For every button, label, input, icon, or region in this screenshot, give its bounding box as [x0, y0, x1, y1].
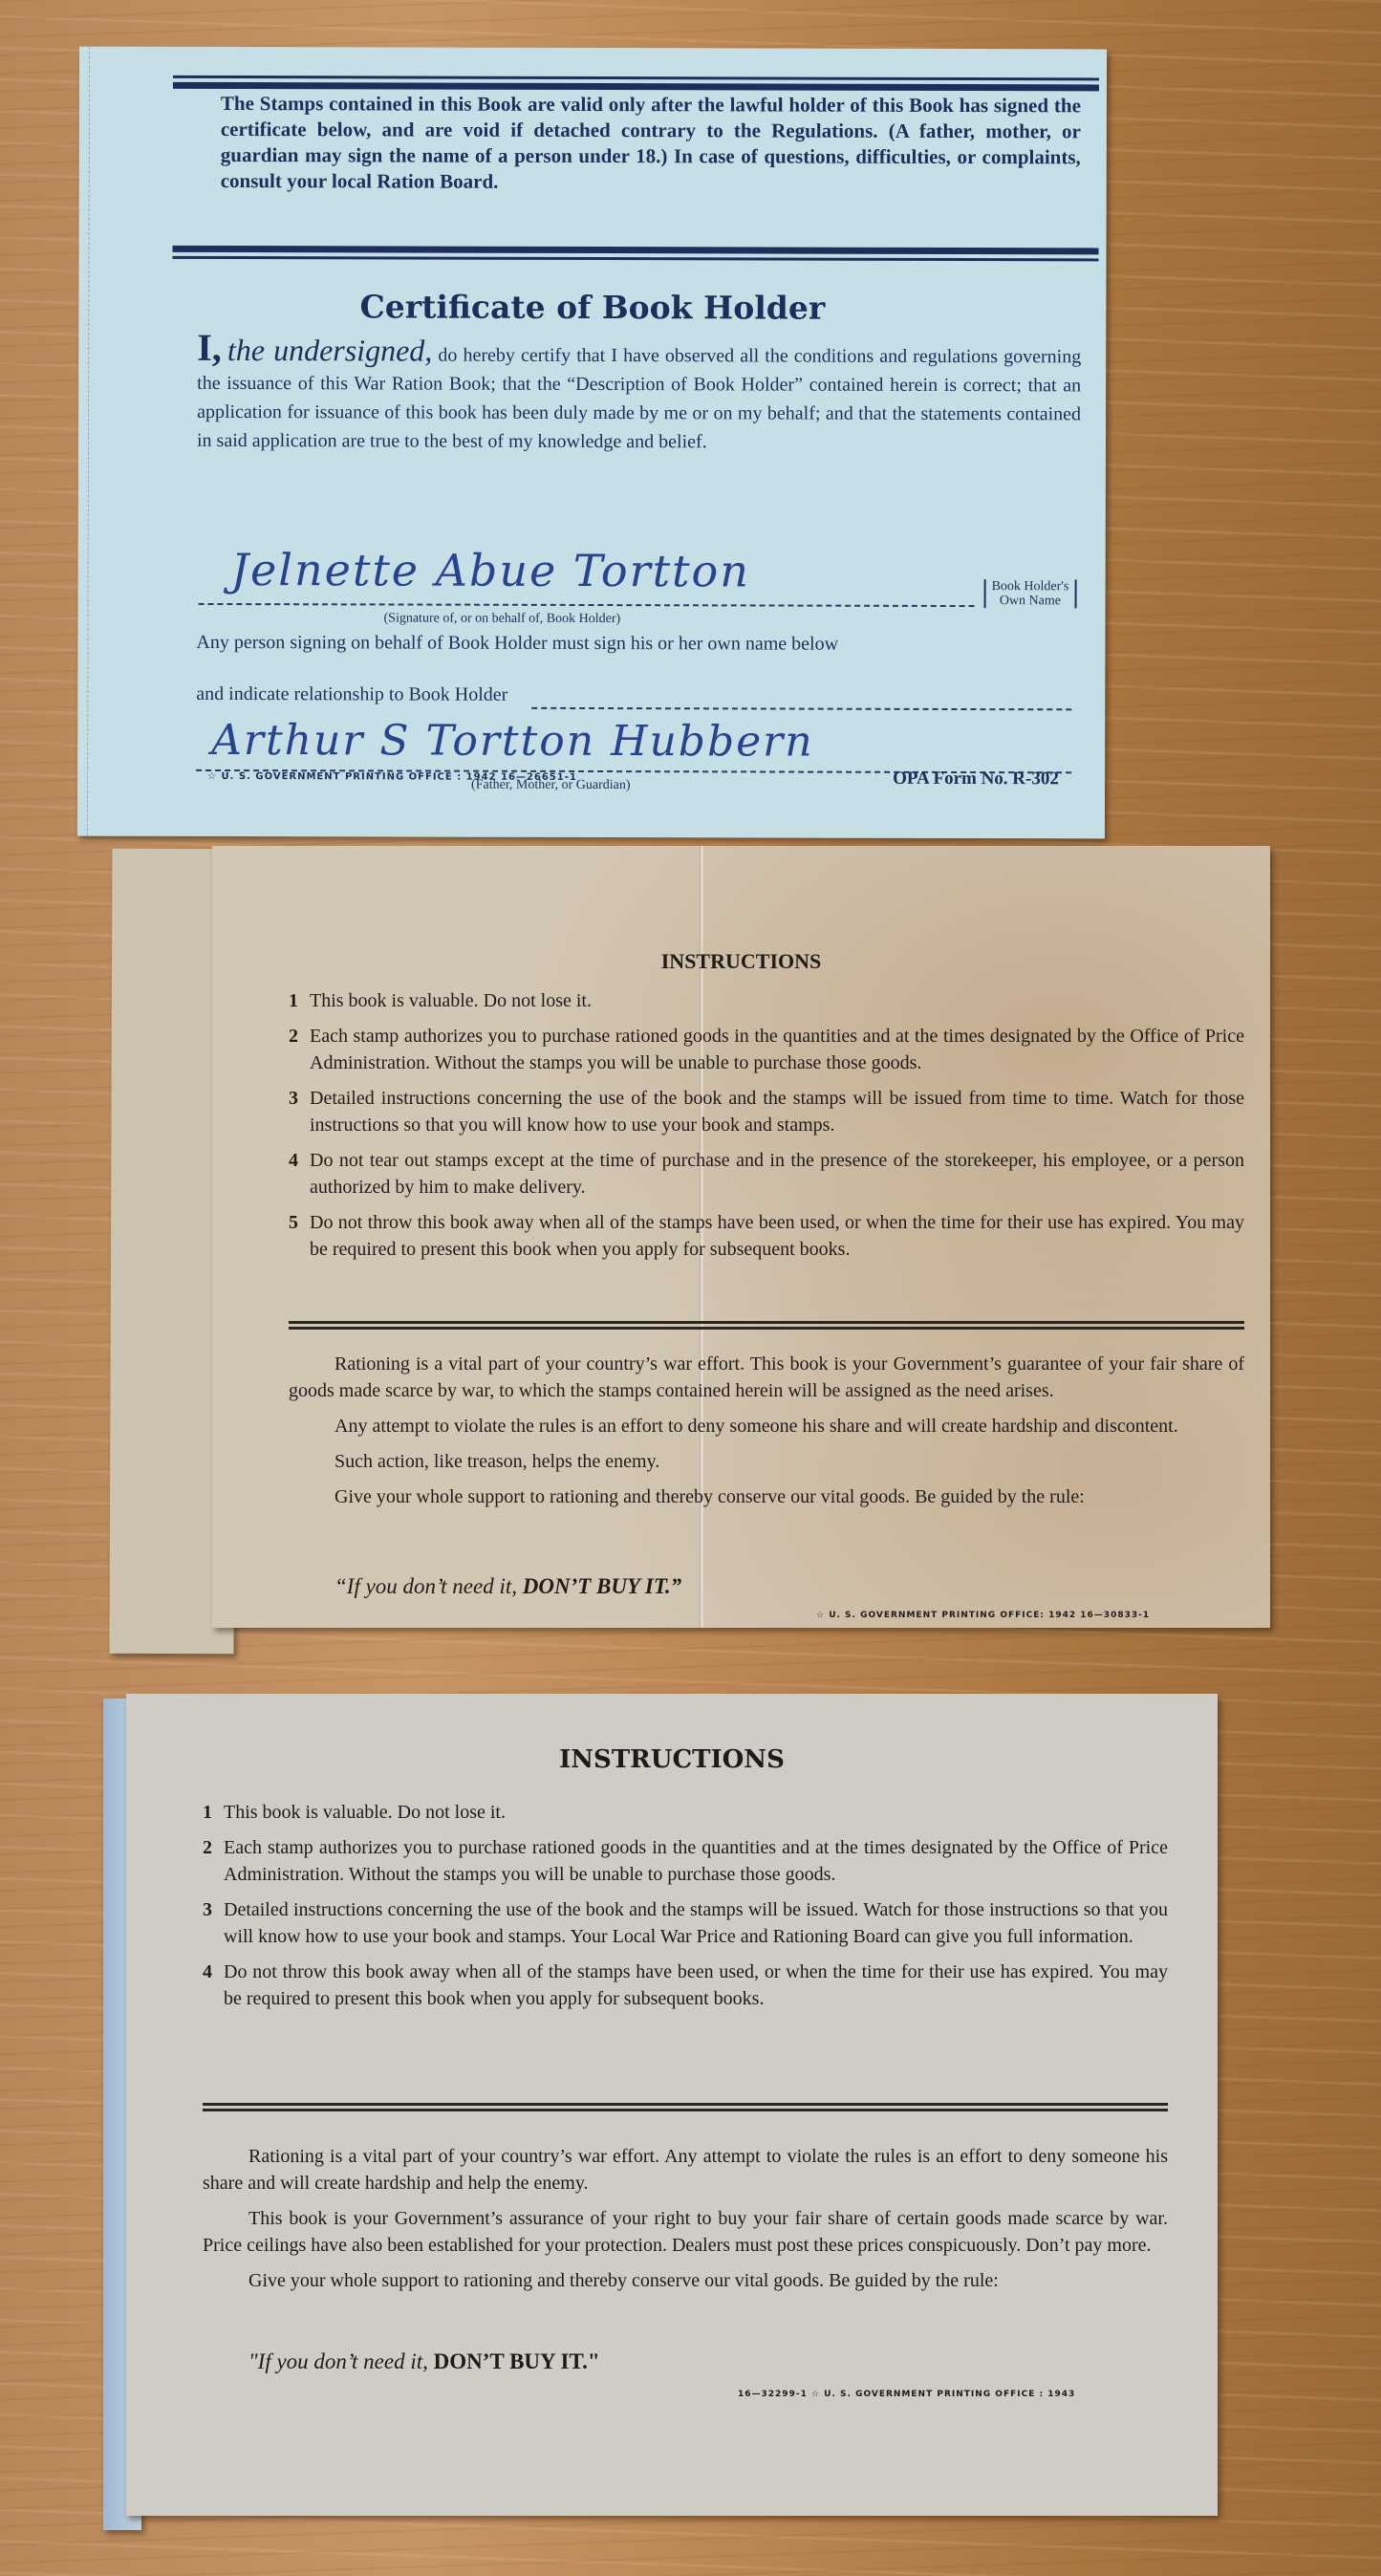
holder-signature-line[interactable] — [199, 603, 975, 607]
instructions-title: INSTRUCTIONS — [212, 949, 1270, 974]
instruction-text: Do not throw this book away when all of … — [310, 1209, 1244, 1263]
instructions-list: 1This book is valuable. Do not lose it.2… — [289, 987, 1244, 1271]
own-name-line1: Book Holder's — [992, 579, 1069, 594]
quote-text: "If you don’t need it, — [248, 2349, 434, 2373]
top-double-rule — [173, 76, 1099, 92]
paragraph: This book is your Government’s assurance… — [203, 2205, 1168, 2259]
quote-text: “If you don’t need it, — [334, 1574, 523, 1598]
relationship-line[interactable] — [531, 707, 1071, 710]
instruction-text: This book is valuable. Do not lose it. — [310, 987, 1244, 1014]
instruction-number: 4 — [203, 1959, 224, 2012]
rule-quote: “If you don’t need it, DON’T BUY IT.” — [334, 1574, 681, 1599]
instruction-number: 3 — [203, 1896, 224, 1950]
own-name-bracket: Book Holder's Own Name — [984, 579, 1077, 608]
paragraph: Rationing is a vital part of your countr… — [289, 1351, 1244, 1404]
fold-line — [87, 47, 91, 836]
paragraph: Such action, like treason, helps the ene… — [289, 1448, 1244, 1475]
instruction-text: Do not throw this book away when all of … — [224, 1959, 1168, 2012]
gpo-imprint: ☆ U. S. GOVERNMENT PRINTING OFFICE: 1942… — [816, 1611, 1150, 1620]
instruction-item: 2Each stamp authorizes you to purchase r… — [203, 1834, 1168, 1888]
certificate-statement: I, the undersigned, do hereby certify th… — [197, 334, 1081, 457]
own-name-line2: Own Name — [992, 594, 1069, 608]
instruction-text: Detailed instructions concerning the use… — [224, 1896, 1168, 1950]
validity-notice: The Stamps contained in this Book are va… — [221, 91, 1081, 196]
gpo-imprint: 16—32299-1 ☆ U. S. GOVERNMENT PRINTING O… — [738, 2390, 1075, 2399]
instruction-item: 2Each stamp authorizes you to purchase r… — [289, 1023, 1244, 1076]
paragraph: Rationing is a vital part of your countr… — [203, 2143, 1168, 2197]
instruction-number: 5 — [289, 1209, 310, 1263]
lead-italic: the undersigned, — [227, 333, 432, 368]
certificate-title: Certificate of Book Holder — [78, 288, 1106, 328]
instruction-number: 3 — [289, 1085, 310, 1138]
signature-caption: (Signature of, or on behalf of, Book Hol… — [383, 611, 620, 627]
instruction-item: 5Do not throw this book away when all of… — [289, 1209, 1244, 1263]
instruction-item: 3Detailed instructions concerning the us… — [289, 1085, 1244, 1138]
instruction-text: Each stamp authorizes you to purchase ra… — [224, 1834, 1168, 1888]
gpo-imprint: ☆ U. S. GOVERNMENT PRINTING OFFICE : 194… — [207, 771, 577, 783]
lead-letter: I, — [197, 326, 222, 369]
instructions-title: INSTRUCTIONS — [126, 1745, 1218, 1774]
rule-quote: "If you don’t need it, DON’T BUY IT." — [248, 2349, 600, 2374]
instruction-text: This book is valuable. Do not lose it. — [224, 1799, 1168, 1826]
divider-rule — [289, 1321, 1244, 1330]
instruction-item: 4Do not tear out stamps except at the ti… — [289, 1147, 1244, 1201]
notice-bottom-rule — [173, 246, 1099, 262]
paragraph: Give your whole support to rationing and… — [203, 2267, 1168, 2294]
form-number: OPA Form No. R-302 — [893, 768, 1059, 790]
instruction-number: 2 — [203, 1834, 224, 1888]
instruction-number: 1 — [289, 987, 310, 1014]
certificate-card: The Stamps contained in this Book are va… — [77, 47, 1107, 839]
divider-rule — [203, 2103, 1168, 2111]
instruction-item: 4Do not throw this book away when all of… — [203, 1959, 1168, 2012]
instructions-card-1942: INSTRUCTIONS 1This book is valuable. Do … — [212, 846, 1270, 1628]
instruction-number: 4 — [289, 1147, 310, 1201]
instructions-list: 1This book is valuable. Do not lose it.2… — [203, 1799, 1168, 2021]
quote-emphasis: DON’T BUY IT.” — [523, 1574, 681, 1598]
instructions-card-1943: INSTRUCTIONS 1This book is valuable. Do … — [126, 1694, 1218, 2516]
paragraph: Give your whole support to rationing and… — [289, 1483, 1244, 1510]
instruction-text: Do not tear out stamps except at the tim… — [310, 1147, 1244, 1201]
rationing-paragraphs: Rationing is a vital part of your countr… — [203, 2143, 1168, 2303]
relationship-label: and indicate relationship to Book Holder — [196, 683, 507, 706]
guardian-signature: Arthur S Tortton Hubbern — [211, 716, 814, 767]
instruction-number: 1 — [203, 1799, 224, 1826]
instruction-item: 1This book is valuable. Do not lose it. — [203, 1799, 1168, 1826]
instruction-number: 2 — [289, 1023, 310, 1076]
instruction-item: 1This book is valuable. Do not lose it. — [289, 987, 1244, 1014]
rationing-paragraphs: Rationing is a vital part of your countr… — [289, 1351, 1244, 1519]
quote-emphasis: DON’T BUY IT." — [434, 2349, 600, 2373]
behalf-note: Any person signing on behalf of Book Hol… — [196, 632, 838, 656]
instruction-text: Detailed instructions concerning the use… — [310, 1085, 1244, 1138]
instruction-text: Each stamp authorizes you to purchase ra… — [310, 1023, 1244, 1076]
instruction-item: 3Detailed instructions concerning the us… — [203, 1896, 1168, 1950]
holder-signature: Jelnette Abue Tortton — [231, 544, 750, 596]
paragraph: Any attempt to violate the rules is an e… — [289, 1413, 1244, 1440]
